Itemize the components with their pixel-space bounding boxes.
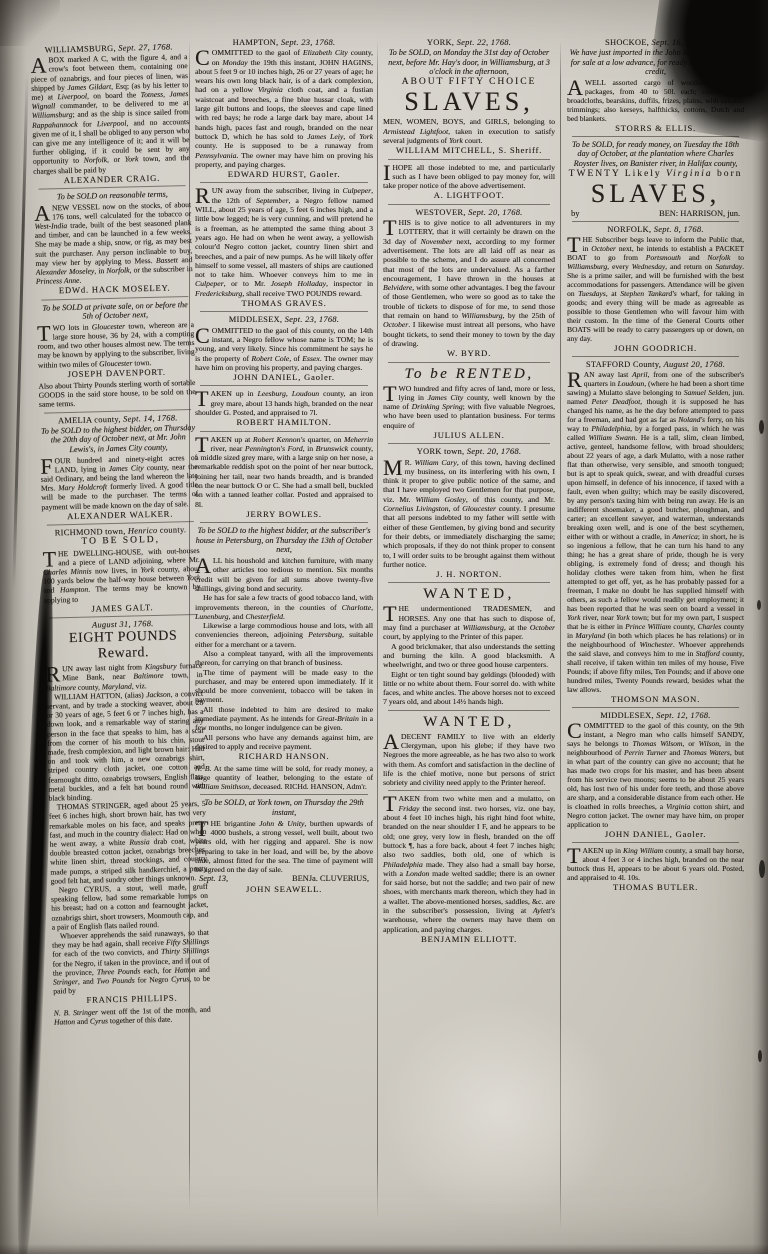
drop-cap: T <box>567 235 582 253</box>
advertisement: MIDDLESEX, Sept. 12, 1768.COMMITTED to t… <box>567 711 744 839</box>
ad-divider <box>388 790 550 791</box>
ad-paragraph: Eight or ten tight sound bay geldings (b… <box>383 670 555 707</box>
ad-dateline: NORFOLK, Sept. 8, 1768. <box>567 225 744 234</box>
ad-display-heading: SLAVES, <box>383 88 555 116</box>
newspaper-page: WILLIAMSBURG, Sept. 27, 1768.ABOX marked… <box>0 0 768 1254</box>
ad-paragraph: The time of payment will be made easy to… <box>195 668 373 705</box>
advertisement: August 31, 1768.EIGHT POUNDS Reward.RUN … <box>44 618 211 1027</box>
paper-stain-light <box>380 1000 620 1220</box>
ad-divider <box>388 159 550 160</box>
ad-dateline: STAFFORD County, August 20, 1768. <box>567 360 744 369</box>
ad-paragraph: Negro CYRUS, a stout, well made, gruff s… <box>51 882 209 932</box>
ad-paragraph: N. B. At the same time will be sold, for… <box>195 764 373 792</box>
ad-paragraph: ADECENT FAMILY to live with an elderly C… <box>383 732 555 788</box>
ad-display-heading: SLAVES, <box>567 180 744 208</box>
drop-cap: I <box>383 163 392 181</box>
ad-signature: EDWARD HURST, Gaoler. <box>195 170 373 179</box>
ad-divider <box>200 522 367 523</box>
ad-divider <box>200 311 367 312</box>
ad-paragraph: Also about Thirty Pounds sterling worth … <box>38 378 196 409</box>
ad-paragraph: FOUR hundred and ninety-eight acres of L… <box>40 453 198 512</box>
drop-cap: C <box>195 48 212 66</box>
ad-signature: J. H. NORTON. <box>383 570 555 579</box>
ad-dateline: WESTOVER, Sept. 20, 1768. <box>383 208 555 217</box>
ad-dateline: HAMPTON, Sept. 23, 1768. <box>195 38 373 47</box>
ad-paragraph: All those indebted to him are desired to… <box>195 705 373 733</box>
ad-paragraph: THE DWELLING-HOUSE, with out-houses and … <box>42 545 200 604</box>
drop-cap: T <box>383 794 398 812</box>
drop-cap: T <box>567 846 582 864</box>
advertisement: To be SOLD, for ready money, on Tuesday … <box>567 140 744 218</box>
drop-cap: T <box>383 218 398 236</box>
ad-notice: To be SOLD to the highest bidder, at the… <box>195 526 373 555</box>
ad-paragraph: TWO lots in Gloucester town, whereon are… <box>37 320 195 370</box>
ad-signature: THOMSON MASON. <box>567 695 744 704</box>
drop-cap: A <box>34 203 52 221</box>
advertisement: WANTED,ADECENT FAMILY to live with an el… <box>383 714 555 788</box>
ad-signature: THOMAS GRAVES. <box>195 299 373 308</box>
ad-signature: A. LIGHTFOOT. <box>383 191 555 200</box>
advertisement: YORK, Sept. 22, 1768.To be SOLD, on Mond… <box>383 38 555 156</box>
drop-cap: T <box>42 549 58 567</box>
ad-signature: JULIUS ALLEN. <box>383 431 555 440</box>
ad-divider <box>388 443 550 444</box>
drop-cap: R <box>195 186 212 204</box>
ad-paragraph: THOMAS STRINGER, aged about 25 years, 5 … <box>49 799 208 886</box>
advertisement: RICHMOND town, Henrico county.TO BE SOLD… <box>42 525 201 615</box>
ink-blot-top-right <box>642 0 768 144</box>
ad-paragraph: TAKEN up at Robert Kennon's quarter, on … <box>195 435 373 509</box>
advertisement: WANTED,THE undermentioned TRADESMEN, and… <box>383 586 555 706</box>
advertisement: IHOPE all those indebted to me, and part… <box>383 163 555 201</box>
ad-divider <box>388 582 550 583</box>
ad-divider <box>572 842 738 843</box>
ad-paragraph: All persons who have any demands against… <box>195 733 373 752</box>
drop-cap: T <box>383 384 398 402</box>
ad-display-heading: EIGHT POUNDS Reward. <box>44 628 202 664</box>
ad-signature: BENJAMIN ELLIOTT. <box>383 935 555 944</box>
drop-cap: C <box>195 326 212 344</box>
ad-display-heading: WANTED, <box>383 586 555 603</box>
ad-notice: To be SOLD, on Monday the 31st day of Oc… <box>383 48 555 77</box>
advertisement: WESTOVER, Sept. 20, 1768.THIS is to give… <box>383 208 555 359</box>
advertisement: To be SOLD to the highest bidder, at the… <box>195 526 373 791</box>
drop-cap: T <box>195 819 210 837</box>
ad-paragraph: TAKEN up in Leesburg, Loudoun county, an… <box>195 389 373 417</box>
ad-paragraph: ANEW VESSEL now on the stocks, of about … <box>34 200 193 287</box>
ad-paragraph: N. B. Stringer went off the 1st of the m… <box>54 1004 211 1026</box>
ad-divider <box>200 431 367 432</box>
ad-paragraph: COMMITTED to the gaol of this county, on… <box>195 326 373 372</box>
bottom-edge-shadow <box>0 1244 768 1254</box>
advertisement: WILLIAMSBURG, Sept. 27, 1768.ABOX marked… <box>30 42 190 186</box>
ad-paragraph: COMMITTED to the gaol of this county, on… <box>567 721 744 829</box>
drop-cap: F <box>40 456 55 474</box>
ad-paragraph: MR. William Cary, of this town, having d… <box>383 458 555 570</box>
ink-speck <box>758 1050 762 1062</box>
drop-cap: R <box>567 370 584 388</box>
ad-signature: W. BYRD. <box>383 349 555 358</box>
advertisement: MIDDLESEX, Sept. 23, 1768.COMMITTED to t… <box>195 315 373 382</box>
ad-paragraph: RUN away last night from Kingsbury furna… <box>45 661 203 692</box>
ad-paragraph: TAKEN from two white men and a mulatto, … <box>383 794 555 933</box>
ad-divider <box>572 221 738 222</box>
ad-notice: To be SOLD at private sale, on or before… <box>36 300 193 323</box>
ad-paragraph: THE undermentioned TRADESMEN, and HORSES… <box>383 604 555 641</box>
column-2: HAMPTON, Sept. 23, 1768.COMMITTED to the… <box>195 36 373 1248</box>
drop-cap: M <box>383 458 405 476</box>
ad-paragraph: THE brigantine John & Unity, burthen upw… <box>195 819 373 875</box>
advertisement: TAKEN up in King William county, a small… <box>567 846 744 892</box>
ad-dateline: MIDDLESEX, Sept. 12, 1768. <box>567 711 744 720</box>
ad-divider <box>200 794 367 795</box>
ad-display-heading: WANTED, <box>383 714 555 731</box>
ad-notice: To be SOLD, for ready money, on Tuesday … <box>567 140 744 169</box>
ad-signature: JOHN GOODRICH. <box>567 344 744 353</box>
ad-divider <box>388 710 550 711</box>
advertisement: HAMPTON, Sept. 23, 1768.COMMITTED to the… <box>195 38 373 179</box>
ad-paragraph: He has for sale a few tracts of good tob… <box>195 593 373 621</box>
ad-divider <box>388 204 550 205</box>
column-rule <box>377 40 378 1220</box>
drop-cap: T <box>195 435 210 453</box>
ad-divider <box>572 356 738 357</box>
ad-paragraph: ALL his houshold and kitchen furniture, … <box>195 556 373 593</box>
ad-divider <box>388 362 550 363</box>
advertisement: NORFOLK, Sept. 8, 1768.THE Subscriber be… <box>567 225 744 353</box>
ad-signature: EDWd. HACK MOSELEY. <box>36 283 193 296</box>
drop-cap: A <box>567 78 585 96</box>
ad-paragraph: IHOPE all those indebted to me, and part… <box>383 163 555 191</box>
drop-cap: T <box>37 323 53 341</box>
advertisement: TAKEN up at Robert Kennon's quarter, on … <box>195 435 373 520</box>
ad-signature: WILLIAM MITCHELL, S. Sheriff. <box>383 146 555 155</box>
ad-paragraph: RUN away from the subscriber, living in … <box>195 186 373 298</box>
advertisement: To be SOLD on reasonable terms,ANEW VESS… <box>34 189 193 296</box>
ad-paragraph: TWO hundred and fifty acres of land, mor… <box>383 384 555 430</box>
ad-dateline: MIDDLESEX, Sept. 23, 1768. <box>195 315 373 324</box>
ad-paragraph: COMMITTED to the gaol of Elizabeth City … <box>195 48 373 169</box>
ad-paragraph: Likewise a large commodious house and lo… <box>195 621 373 649</box>
drop-cap: T <box>195 389 210 407</box>
ad-signature-row: Sept. 13,BENJa. CLUVERIUS, <box>195 874 373 883</box>
drop-cap: A <box>195 556 213 574</box>
ad-signature: JOHN SEAWELL. <box>195 885 373 894</box>
advertisement: To be RENTED,TWO hundred and fifty acres… <box>383 366 555 441</box>
ad-notice: To be SOLD, at York town, on Thursday th… <box>195 798 373 817</box>
ad-paragraph: MEN, WOMEN, BOYS, and GIRLS, belonging t… <box>383 117 555 145</box>
scanned-newspaper-screenshot: WILLIAMSBURG, Sept. 27, 1768.ABOX marked… <box>0 0 768 1254</box>
ad-signature: THOMAS BUTLER. <box>567 883 744 892</box>
drop-cap: A <box>383 732 401 750</box>
ad-paragraph: A good brickmaker, that also understands… <box>383 642 555 670</box>
ink-speck <box>759 420 764 434</box>
ad-signature: JERRY BOWLES. <box>195 510 373 519</box>
ad-divider <box>572 136 738 137</box>
ad-dateline: YORK town, Sept. 20, 1768. <box>383 447 555 456</box>
ad-paragraph: Whoever apprehends the said runaways, so… <box>52 928 211 996</box>
drop-cap: C <box>567 721 584 739</box>
column-1: WILLIAMSBURG, Sept. 27, 1768.ABOX marked… <box>30 40 216 1251</box>
advertisement: To be SOLD at private sale, on or before… <box>36 300 196 410</box>
ad-dateline: YORK, Sept. 22, 1768. <box>383 38 555 47</box>
advertisement: STAFFORD County, August 20, 1768.RAN awa… <box>567 360 744 704</box>
ad-paragraph: Also a compleat tanyard, with all the im… <box>195 649 373 668</box>
ad-signature: RICHARD HANSON. <box>195 752 373 761</box>
ad-subheading: TWENTY Likely Virginia born <box>567 170 744 179</box>
advertisement: TAKEN from two white men and a mulatto, … <box>383 794 555 944</box>
ad-signature-row: byBEN: HARRISON, jun. <box>567 209 744 218</box>
ad-paragraph: THIS is to give notice to all adventurer… <box>383 218 555 348</box>
ad-subheading: ABOUT FIFTY CHOICE <box>383 78 555 87</box>
ad-signature: JOHN DANIEL, Gaoler. <box>195 373 373 382</box>
ink-speck <box>757 600 761 610</box>
advertisement: TAKEN up in Leesburg, Loudoun county, an… <box>195 389 373 427</box>
ad-paragraph: ABOX marked A C, with the figure 4, and … <box>30 52 190 175</box>
ad-paragraph: WILLIAM HATTON, (alias) Jackson, a convi… <box>46 689 206 803</box>
ad-notice: To be SOLD to the highest bidder, on Thu… <box>39 423 197 456</box>
ad-divider <box>200 385 367 386</box>
ad-divider <box>200 182 367 183</box>
advertisement: To be SOLD, at York town, on Thursday th… <box>195 798 373 894</box>
ad-paragraph: THE Subscriber begs leave to inform the … <box>567 235 744 343</box>
ad-divider <box>572 707 738 708</box>
ad-paragraph: RAN away last April, from one of the sub… <box>567 370 744 694</box>
advertisement: RUN away from the subscriber, living in … <box>195 186 373 308</box>
drop-cap: A <box>30 56 48 74</box>
advertisement: AMELIA county, Sept. 14, 1768.To be SOLD… <box>39 413 199 522</box>
ad-signature: ROBERT HAMILTON. <box>195 418 373 427</box>
ink-speck <box>759 860 765 878</box>
page-edge-shadow-right <box>752 0 768 1254</box>
ad-display-heading: To be RENTED, <box>383 366 555 383</box>
ad-paragraph: TAKEN up in King William county, a small… <box>567 846 744 882</box>
drop-cap: T <box>383 604 398 622</box>
ad-signature: JOHN DANIEL, Gaoler. <box>567 830 744 839</box>
advertisement: YORK town, Sept. 20, 1768.MR. William Ca… <box>383 447 555 579</box>
